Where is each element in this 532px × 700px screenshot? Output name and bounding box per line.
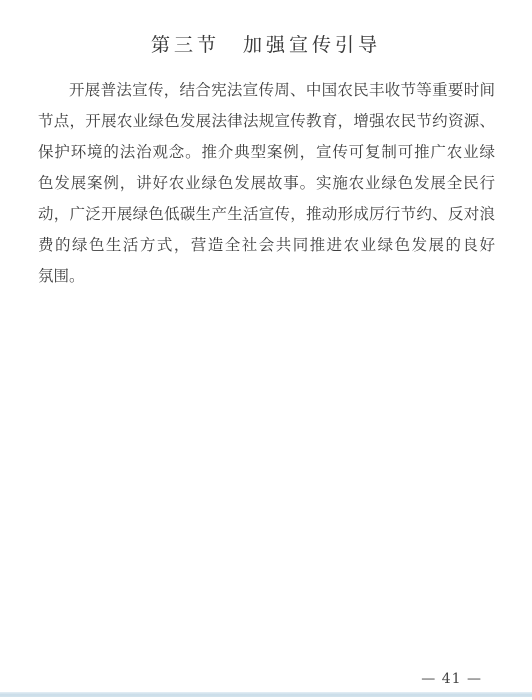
page-number: — 41 — (421, 670, 482, 688)
body-line: 动，广泛开展绿色低碳生产生活宣传，推动形成厉行节约、反对浪 (38, 199, 495, 230)
body-line: 费的绿色生活方式，营造全社会共同推进农业绿色发展的良好 (38, 230, 495, 261)
body-line: 保护环境的法治观念。推介典型案例，宣传可复制可推广农业绿 (38, 137, 495, 168)
scan-artifact-strip (0, 692, 532, 697)
body-line: 节点，开展农业绿色发展法律法规宣传教育，增强农民节约资源、 (38, 106, 495, 137)
body-line: 开展普法宣传，结合宪法宣传周、中国农民丰收节等重要时间 (38, 75, 495, 106)
body-line: 氛围。 (38, 261, 495, 292)
document-page: 第三节 加强宣传引导 开展普法宣传，结合宪法宣传周、中国农民丰收节等重要时间 节… (0, 0, 532, 700)
body-paragraph: 开展普法宣传，结合宪法宣传周、中国农民丰收节等重要时间 节点，开展农业绿色发展法… (38, 75, 495, 292)
body-line: 色发展案例，讲好农业绿色发展故事。实施农业绿色发展全民行 (38, 168, 495, 199)
section-heading: 第三节 加强宣传引导 (0, 33, 532, 57)
